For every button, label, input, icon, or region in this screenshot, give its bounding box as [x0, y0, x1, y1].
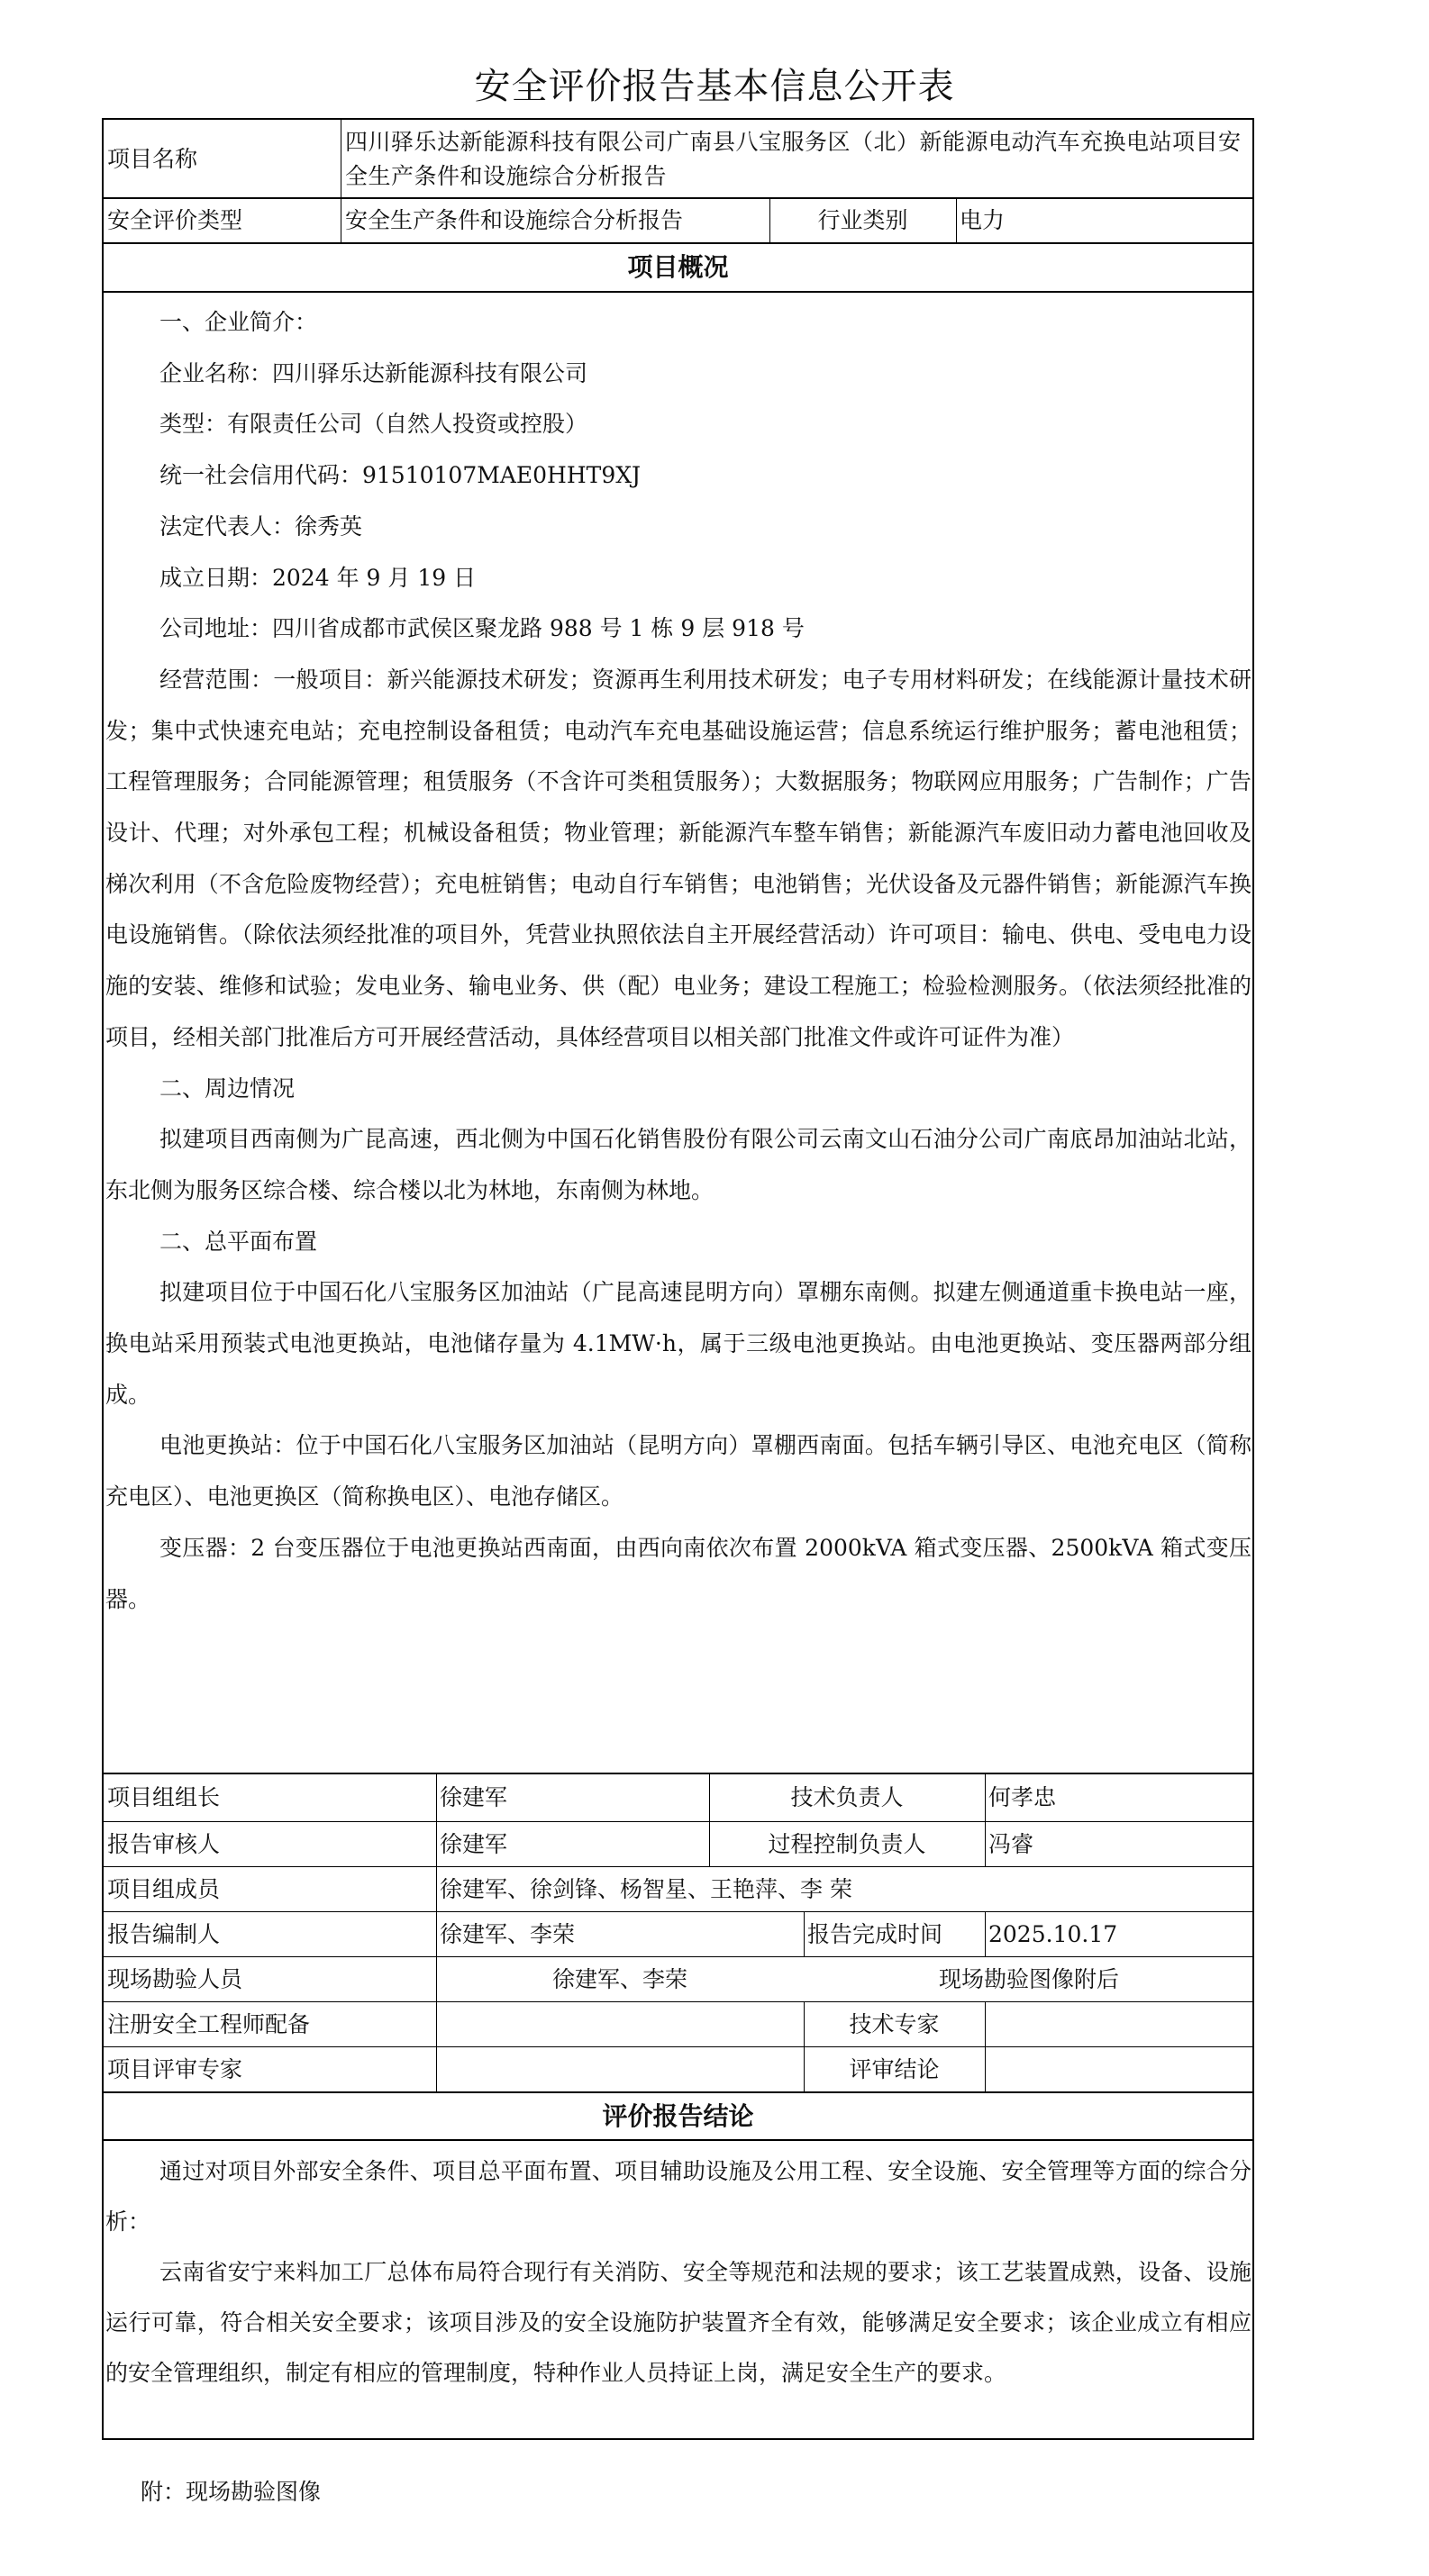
divider [709, 1773, 710, 1867]
legal-rep-line: 法定代表人：徐秀英 [105, 502, 1252, 553]
members-label: 项目组成员 [104, 1867, 436, 1912]
surroundings-heading: 二、周边情况 [105, 1064, 1252, 1115]
attachment-note: 附：现场勘验图像 [141, 2475, 321, 2509]
site-image-note: 现场勘验图像附后 [804, 1957, 1254, 2002]
author-value: 徐建军、李荣 [436, 1912, 804, 1957]
business-scope-paragraph: 经营范围：一般项目：新兴能源技术研发；资源再生利用技术研发；电子专用材料研发；在… [105, 655, 1252, 1064]
tech-lead-label: 技术负责人 [709, 1773, 985, 1822]
layout-heading: 二、总平面布置 [105, 1217, 1252, 1268]
conclusion-paragraph-intro: 通过对项目外部安全条件、项目总平面布置、项目辅助设施及公用工程、安全设施、安全管… [105, 2146, 1252, 2247]
surroundings-paragraph: 拟建项目西南侧为广昆高速，西北侧为中国石化销售股份有限公司云南文山石油分公司广南… [105, 1114, 1252, 1216]
station-paragraph: 电池更换站：位于中国石化八宝服务区加油站（昆明方向）罩棚西南面。包括车辆引导区、… [105, 1420, 1252, 1522]
engineer-value [436, 2002, 804, 2047]
project-name-label: 项目名称 [104, 120, 341, 198]
review-conclusion-label: 评审结论 [804, 2047, 985, 2092]
divider [804, 2002, 805, 2092]
industry-value: 电力 [956, 198, 1254, 243]
project-name-value: 四川驿乐达新能源科技有限公司广南县八宝服务区（北）新能源电动汽车充换电站项目安全… [341, 120, 1254, 198]
divider [104, 291, 1252, 293]
layout-paragraph: 拟建项目位于中国石化八宝服务区加油站（广昆高速昆明方向）罩棚东南侧。拟建左侧通道… [105, 1267, 1252, 1420]
reviewer-label: 报告审核人 [104, 1822, 436, 1867]
site-label: 现场勘验人员 [104, 1957, 436, 2002]
divider [804, 1912, 805, 1957]
engineer-label: 注册安全工程师配备 [104, 2002, 436, 2047]
eval-type-label: 安全评价类型 [104, 198, 341, 243]
tech-lead-value: 何孝忠 [985, 1773, 1254, 1822]
review-expert-label: 项目评审专家 [104, 2047, 436, 2092]
reviewer-value: 徐建军 [436, 1822, 709, 1867]
info-table: 项目名称 四川驿乐达新能源科技有限公司广南县八宝服务区（北）新能源电动汽车充换电… [102, 118, 1254, 2440]
divider [436, 1773, 437, 2092]
divider [104, 2139, 1252, 2141]
company-name-line: 企业名称：四川驿乐达新能源科技有限公司 [105, 349, 1252, 400]
completion-value: 2025.10.17 [985, 1912, 1254, 1957]
address-line: 公司地址：四川省成都市武侯区聚龙路 988 号 1 栋 9 层 918 号 [105, 603, 1252, 655]
process-lead-label: 过程控制负责人 [709, 1822, 985, 1867]
tech-expert-label: 技术专家 [804, 2002, 985, 2047]
site-value: 徐建军、李荣 [436, 1957, 804, 2002]
leader-value: 徐建军 [436, 1773, 709, 1822]
divider [985, 1912, 986, 1957]
tech-expert-value [985, 2002, 1254, 2047]
industry-label: 行业类别 [769, 198, 956, 243]
company-type-line: 类型：有限责任公司（自然人投资或控股） [105, 399, 1252, 450]
established-date-line: 成立日期：2024 年 9 月 19 日 [105, 553, 1252, 604]
overview-body: 一、企业简介： 企业名称：四川驿乐达新能源科技有限公司 类型：有限责任公司（自然… [105, 297, 1252, 1625]
review-expert-value [436, 2047, 804, 2092]
conclusion-body: 通过对项目外部安全条件、项目总平面布置、项目辅助设施及公用工程、安全设施、安全管… [105, 2146, 1252, 2399]
document-title: 安全评价报告基本信息公开表 [0, 59, 1429, 113]
conclusion-heading: 评价报告结论 [104, 2092, 1252, 2140]
overview-heading: 项目概况 [104, 243, 1252, 292]
transformer-paragraph: 变压器：2 台变压器位于电池更换站西南面，由西向南依次布置 2000kVA 箱式… [105, 1523, 1252, 1625]
credit-code-line: 统一社会信用代码：91510107MAE0HHT9XJ [105, 450, 1252, 502]
process-lead-value: 冯睿 [985, 1822, 1254, 1867]
divider [985, 1773, 986, 1867]
completion-label: 报告完成时间 [804, 1912, 985, 1957]
conclusion-paragraph-main: 云南省安宁来料加工厂总体布局符合现行有关消防、安全等规范和法规的要求；该工艺装置… [105, 2247, 1252, 2399]
members-value: 徐建军、徐剑锋、杨智星、王艳萍、李 荣 [436, 1867, 1254, 1912]
leader-label: 项目组组长 [104, 1773, 436, 1822]
review-conclusion-value [985, 2047, 1254, 2092]
divider [985, 2002, 986, 2092]
section-company-intro: 一、企业简介： [105, 297, 1252, 349]
author-label: 报告编制人 [104, 1912, 436, 1957]
eval-type-value: 安全生产条件和设施综合分析报告 [341, 198, 769, 243]
